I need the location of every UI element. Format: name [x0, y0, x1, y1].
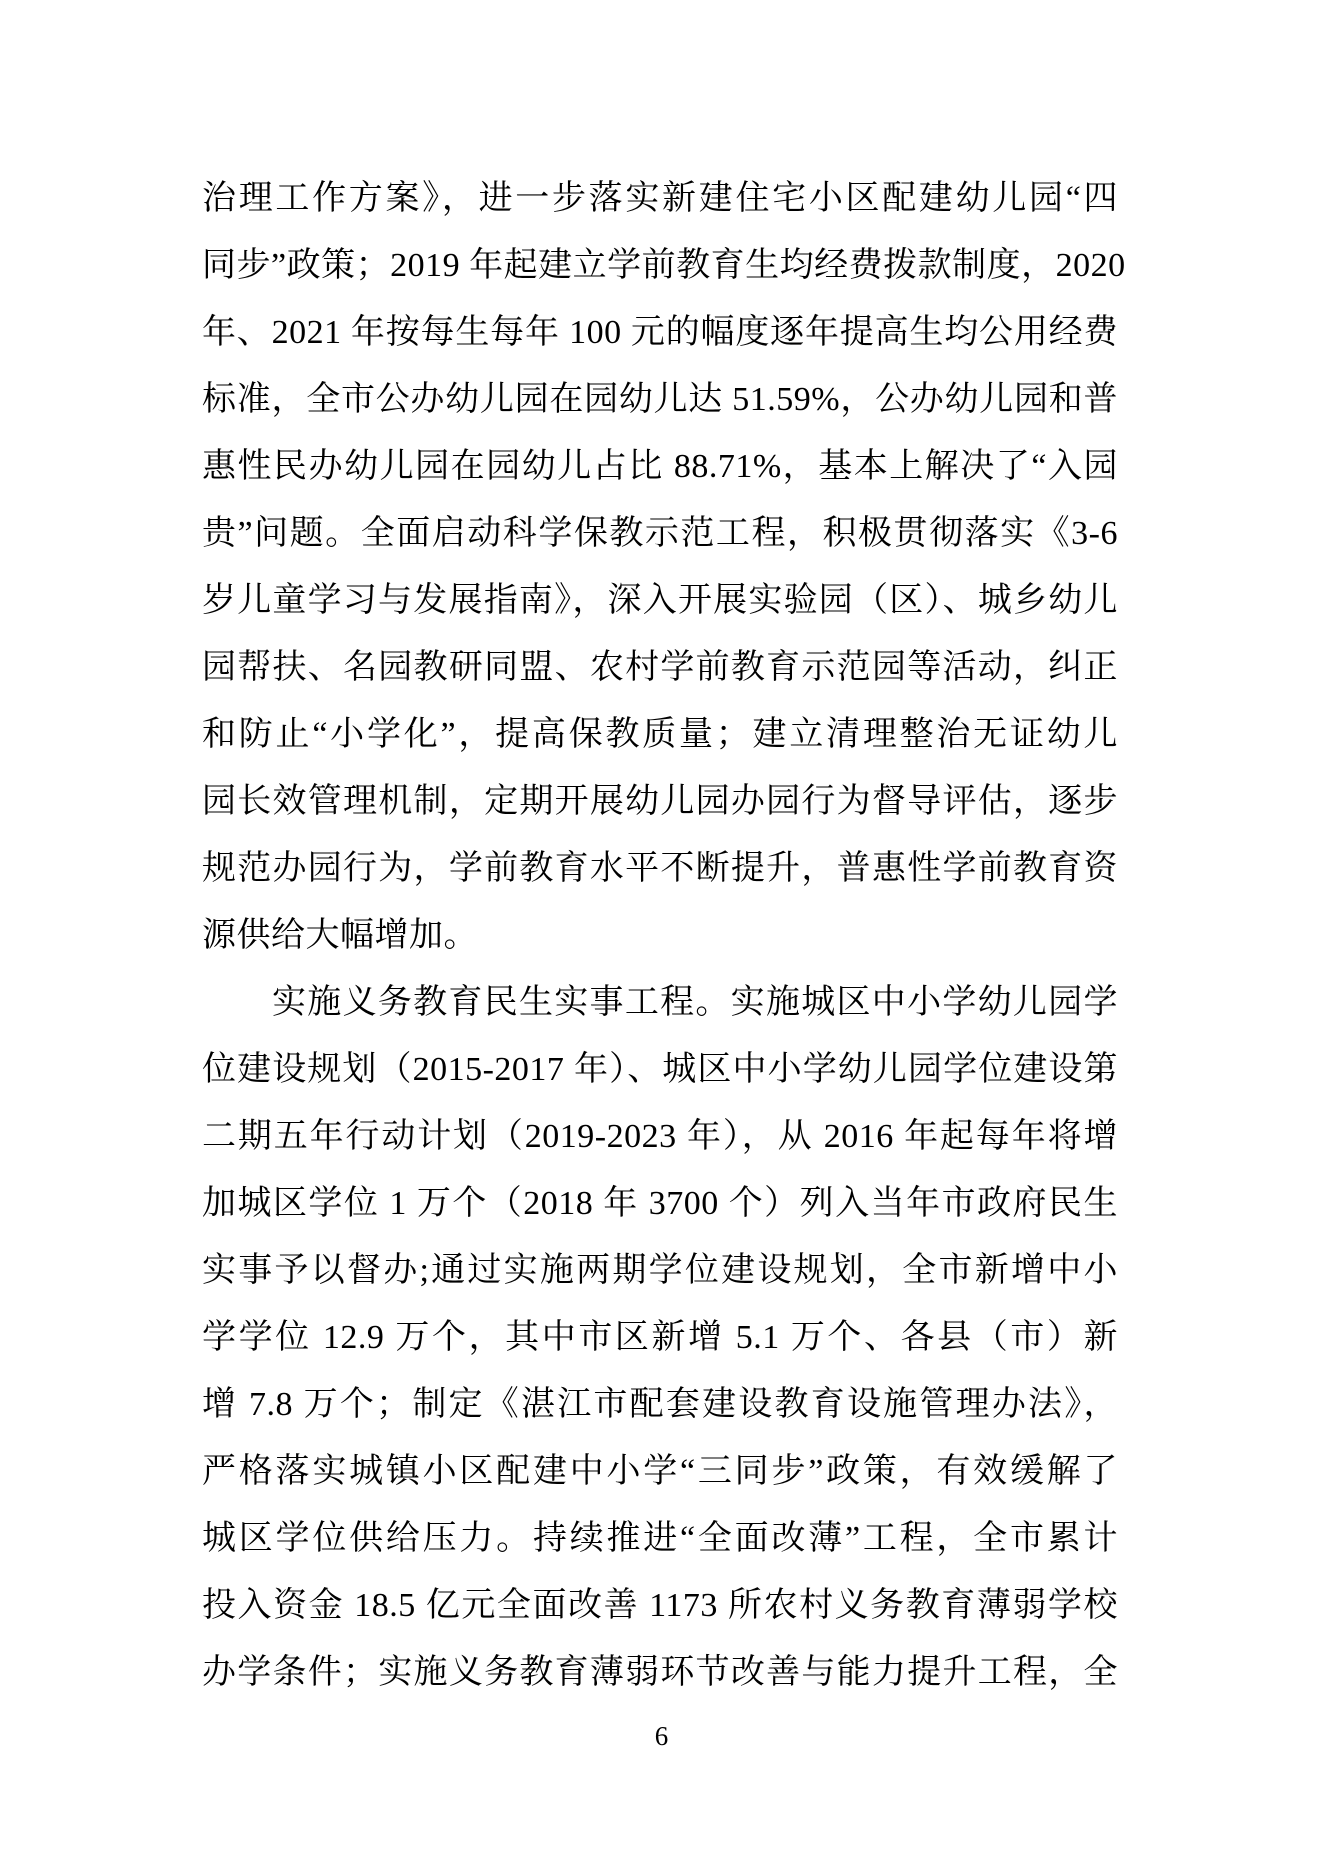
text-line: 实施义务教育民生实事工程。实施城区中小学幼儿园学 — [202, 969, 1118, 1036]
text-line: 园帮扶、名园教研同盟、农村学前教育示范园等活动，纠正 — [202, 634, 1118, 701]
text-line: 规范办园行为，学前教育水平不断提升，普惠性学前教育资 — [202, 835, 1118, 902]
text-line: 学学位 12.9 万个，其中市区新增 5.1 万个、各县（市）新 — [202, 1304, 1118, 1371]
paragraph-2: 实施义务教育民生实事工程。实施城区中小学幼儿园学 位建设规划（2015-2017… — [202, 969, 1118, 1706]
text-block: 治理工作方案》，进一步落实新建住宅小区配建幼儿园“四 同步”政策；2019 年起… — [202, 165, 1118, 1706]
text-line: 岁儿童学习与发展指南》，深入开展实验园（区）、城乡幼儿 — [202, 567, 1118, 634]
text-line: 加城区学位 1 万个（2018 年 3700 个）列入当年市政府民生 — [202, 1170, 1118, 1237]
text-line: 年、2021 年按每生每年 100 元的幅度逐年提高生均公用经费 — [202, 299, 1118, 366]
document-page: 治理工作方案》，进一步落实新建住宅小区配建幼儿园“四 同步”政策；2019 年起… — [0, 0, 1323, 1871]
text-line: 源供给大幅增加。 — [202, 902, 1118, 969]
text-line: 实事予以督办;通过实施两期学位建设规划，全市新增中小 — [202, 1237, 1118, 1304]
text-line: 贵”问题。全面启动科学保教示范工程，积极贯彻落实《3-6 — [202, 500, 1118, 567]
text-line: 投入资金 18.5 亿元全面改善 1173 所农村义务教育薄弱学校 — [202, 1572, 1118, 1639]
page-number: 6 — [0, 1716, 1323, 1756]
text-line: 增 7.8 万个；制定《湛江市配套建设教育设施管理办法》， — [202, 1371, 1118, 1438]
paragraph-1: 治理工作方案》，进一步落实新建住宅小区配建幼儿园“四 同步”政策；2019 年起… — [202, 165, 1118, 969]
text-line: 治理工作方案》，进一步落实新建住宅小区配建幼儿园“四 — [202, 165, 1118, 232]
text-line: 惠性民办幼儿园在园幼儿占比 88.71%，基本上解决了“入园 — [202, 433, 1118, 500]
text-line: 园长效管理机制，定期开展幼儿园办园行为督导评估，逐步 — [202, 768, 1118, 835]
text-line: 和防止“小学化”，提高保教质量；建立清理整治无证幼儿 — [202, 701, 1118, 768]
text-line: 同步”政策；2019 年起建立学前教育生均经费拨款制度，2020 — [202, 232, 1118, 299]
text-line: 标准，全市公办幼儿园在园幼儿达 51.59%，公办幼儿园和普 — [202, 366, 1118, 433]
text-line: 严格落实城镇小区配建中小学“三同步”政策，有效缓解了 — [202, 1438, 1118, 1505]
text-line: 位建设规划（2015-2017 年）、城区中小学幼儿园学位建设第 — [202, 1036, 1118, 1103]
text-line: 二期五年行动计划（2019-2023 年），从 2016 年起每年将增 — [202, 1103, 1118, 1170]
text-line: 办学条件；实施义务教育薄弱环节改善与能力提升工程，全 — [202, 1639, 1118, 1706]
text-line: 城区学位供给压力。持续推进“全面改薄”工程，全市累计 — [202, 1505, 1118, 1572]
